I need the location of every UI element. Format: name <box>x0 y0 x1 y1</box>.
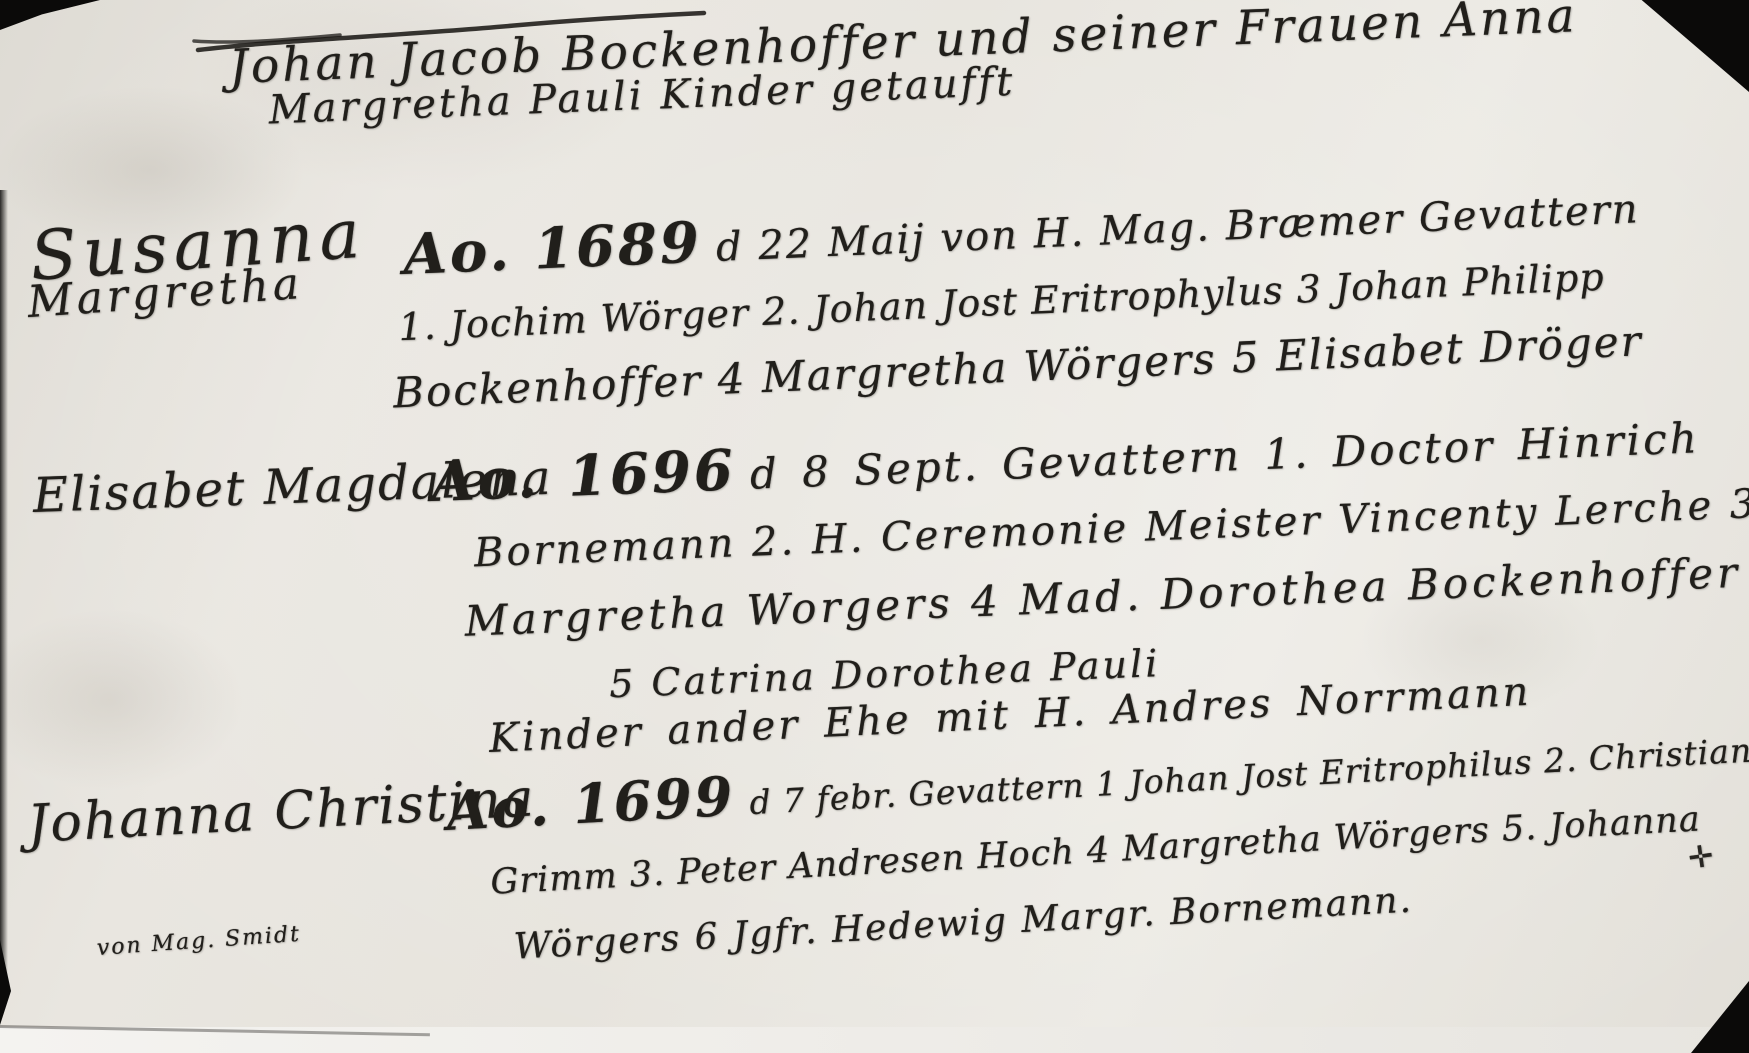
entry-1-record: Ao. 1689d 22 Maij von H. Mag. Bræmer Gev… <box>402 170 1646 426</box>
baptism-year: Ao. 1699 <box>445 764 737 843</box>
baptism-year: Ao. 1696 <box>430 437 737 515</box>
scan-edge-top-right <box>1627 0 1749 92</box>
baptism-year: Ao. 1689 <box>402 209 703 287</box>
entry-2-record: Ao. 1696d 8 Sept. Gevattern 1. Doctor Hi… <box>430 397 1749 725</box>
entry-3-name-annotation: von Mag. Smidt <box>96 922 302 961</box>
scan-edge-top-left <box>0 0 100 30</box>
scan-edge-left <box>0 190 8 980</box>
margin-cross-mark-icon: ✛ <box>1686 839 1716 877</box>
entry-1-child-name: Susanna Margretha <box>28 199 371 329</box>
manuscript-page: Johan Jacob Bockenhoffer und seiner Frau… <box>0 0 1749 1053</box>
